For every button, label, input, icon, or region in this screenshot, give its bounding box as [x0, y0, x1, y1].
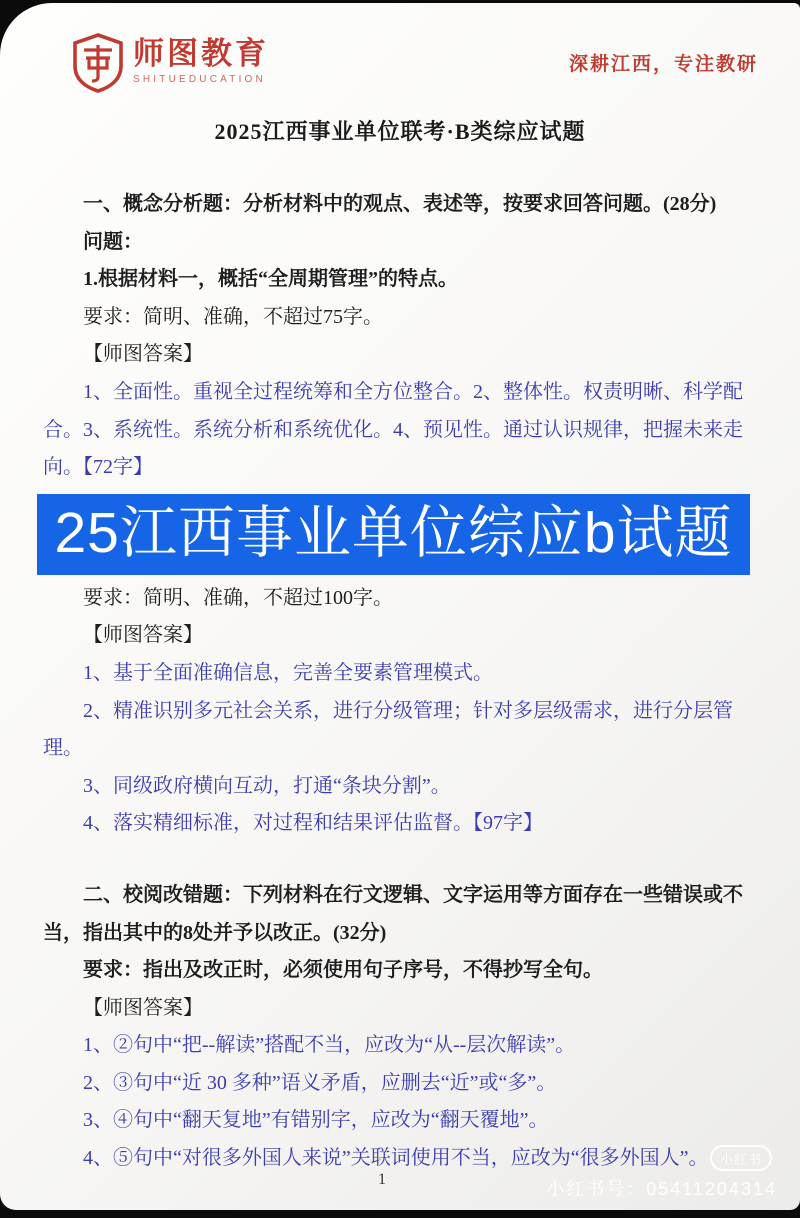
document-header: 师图教育 SHITUEDUCATION 深耕江西，专注教研	[0, 3, 800, 115]
brand-tagline: 深耕江西，专注教研	[569, 49, 758, 76]
question-1-answer: 1、全面性。重视全过程统筹和全方位整合。2、整体性。权责明晰、科学配合。3、系统…	[43, 374, 746, 487]
question-2-answer-item: 2、精准识别多元社会关系，进行分级管理；针对多层级需求，进行分层管理。	[43, 693, 746, 768]
question-2-requirement: 要求：简明、准确，不超过100字。	[43, 580, 746, 618]
question-2-answer-label: 【师图答案】	[43, 617, 746, 655]
xiaohongshu-account-watermark: 小红书号：05411204314	[546, 1175, 777, 1201]
document-title: 2025江西事业单位联考·B类综应试题	[0, 115, 800, 146]
correction-item: 3、④句中“翻天复地”有错别字，应改为“翻天覆地”。	[43, 1102, 746, 1140]
question-1-stem: 1.根据材料一，概括“全周期管理”的特点。	[43, 261, 746, 299]
question-2-answer-item: 3、同级政府横向互动，打通“条块分割”。	[43, 768, 746, 806]
brand-text-block: 师图教育 SHITUEDUCATION	[133, 37, 269, 85]
page-number: 1	[378, 1171, 386, 1189]
promo-banner: 25江西事业单位综应b试题	[37, 494, 750, 575]
correction-item: 4、⑤句中“对很多外国人来说”关联词使用不当，应改为“很多外国人”。	[43, 1140, 746, 1178]
brand-name: 师图教育	[133, 37, 269, 71]
section-two-heading: 二、校阅改错题：下列材料在行文逻辑、文字运用等方面存在一些错误或不当，指出其中的…	[43, 877, 746, 952]
document-body: 一、概念分析题：分析材料中的观点、表述等，按要求回答问题。(28分) 问题： 1…	[43, 186, 746, 1178]
question-1-answer-label: 【师图答案】	[43, 336, 746, 374]
xiaohongshu-badge: 小红书	[710, 1145, 772, 1171]
document-sheet: 师图教育 SHITUEDUCATION 深耕江西，专注教研 2025江西事业单位…	[0, 3, 800, 1210]
section-two-requirement: 要求：指出及改正时，必须使用句子序号，不得抄写全句。	[43, 952, 746, 990]
question-2-answer-item: 1、基于全面准确信息，完善全要素管理模式。	[43, 655, 746, 693]
brand-logo: 师图教育 SHITUEDUCATION	[72, 33, 269, 93]
section-two-answer-label: 【师图答案】	[43, 990, 746, 1028]
correction-item: 1、②句中“把--解读”搭配不当，应改为“从--层次解读”。	[43, 1027, 746, 1065]
problem-label: 问题：	[43, 224, 746, 262]
section-one-heading: 一、概念分析题：分析材料中的观点、表述等，按要求回答问题。(28分)	[43, 186, 746, 224]
photo-page: 师图教育 SHITUEDUCATION 深耕江西，专注教研 2025江西事业单位…	[0, 0, 800, 1218]
correction-item: 2、③句中“近 30 多种”语义矛盾，应删去“近”或“多”。	[43, 1065, 746, 1103]
question-2-answer-item: 4、落实精细标准，对过程和结果评估监督。【97字】	[43, 805, 746, 843]
brand-subtitle: SHITUEDUCATION	[133, 74, 269, 85]
shield-logo-icon	[72, 33, 124, 93]
question-1-requirement: 要求：简明、准确，不超过75字。	[43, 299, 746, 337]
